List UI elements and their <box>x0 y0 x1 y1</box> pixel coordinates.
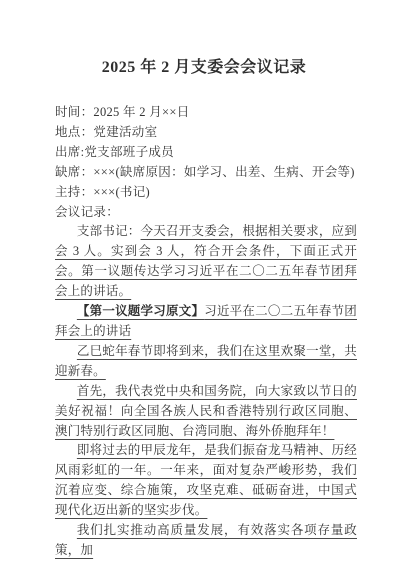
speech-paragraph-text: 乙巳蛇年春节即将到来，我们在这里欢聚一堂，共迎新春。 <box>55 344 357 378</box>
meta-host: 主持：×××(书记) <box>55 183 375 203</box>
meta-record-label: 会议记录： <box>55 203 375 223</box>
speech-paragraph: 首先，我代表党中央和国务院，向大家致以节日的美好祝福！向全国各族人民和香港特别行… <box>55 382 357 442</box>
meta-time: 时间：2025 年 2 月××日 <box>55 103 375 123</box>
meta-block: 时间：2025 年 2 月××日 地点：党建活动室 出席:党支部班子成员 缺席：… <box>55 103 375 222</box>
speaker-label: 支部书记： <box>77 224 141 238</box>
meta-location: 地点：党建活动室 <box>55 123 375 143</box>
topic-heading-bracket: 【第一议题学习原文】 <box>77 304 204 318</box>
meta-absentees: 缺席：×××(缺席原因：如学习、出差、生病、开会等) <box>55 163 375 183</box>
speech-paragraph: 即将过去的甲辰龙年，是我们振奋龙马精神、历经风雨彩虹的一年。一年来，面对复杂严峻… <box>55 441 357 521</box>
record-body: 支部书记：今天召开支委会，根据相关要求，应到会 3 人。实到会 3 人，符合开会… <box>55 222 357 560</box>
paragraph-topic-heading: 【第一议题学习原文】习近平在二〇二五年春节团拜会上的讲话 <box>55 302 357 342</box>
meta-attendees: 出席:党支部班子成员 <box>55 143 375 163</box>
document-title: 2025 年 2 月支委会会议记录 <box>0 58 408 78</box>
speech-paragraph: 我们扎实推动高质量发展，有效落实各项存量政策，加 <box>55 521 357 561</box>
meeting-minutes-page: 2025 年 2 月支委会会议记录 时间：2025 年 2 月××日 地点：党建… <box>0 0 408 580</box>
speech-paragraph-text: 即将过去的甲辰龙年，是我们振奋龙马精神、历经风雨彩虹的一年。一年来，面对复杂严峻… <box>55 443 357 517</box>
paragraph-secretary-speech: 支部书记：今天召开支委会，根据相关要求，应到会 3 人。实到会 3 人，符合开会… <box>55 222 357 302</box>
speech-paragraph-text: 我们扎实推动高质量发展，有效落实各项存量政策，加 <box>55 523 357 557</box>
speech-paragraph-text: 首先，我代表党中央和国务院，向大家致以节日的美好祝福！向全国各族人民和香港特别行… <box>55 384 357 438</box>
speech-paragraph: 乙巳蛇年春节即将到来，我们在这里欢聚一堂，共迎新春。 <box>55 342 357 382</box>
